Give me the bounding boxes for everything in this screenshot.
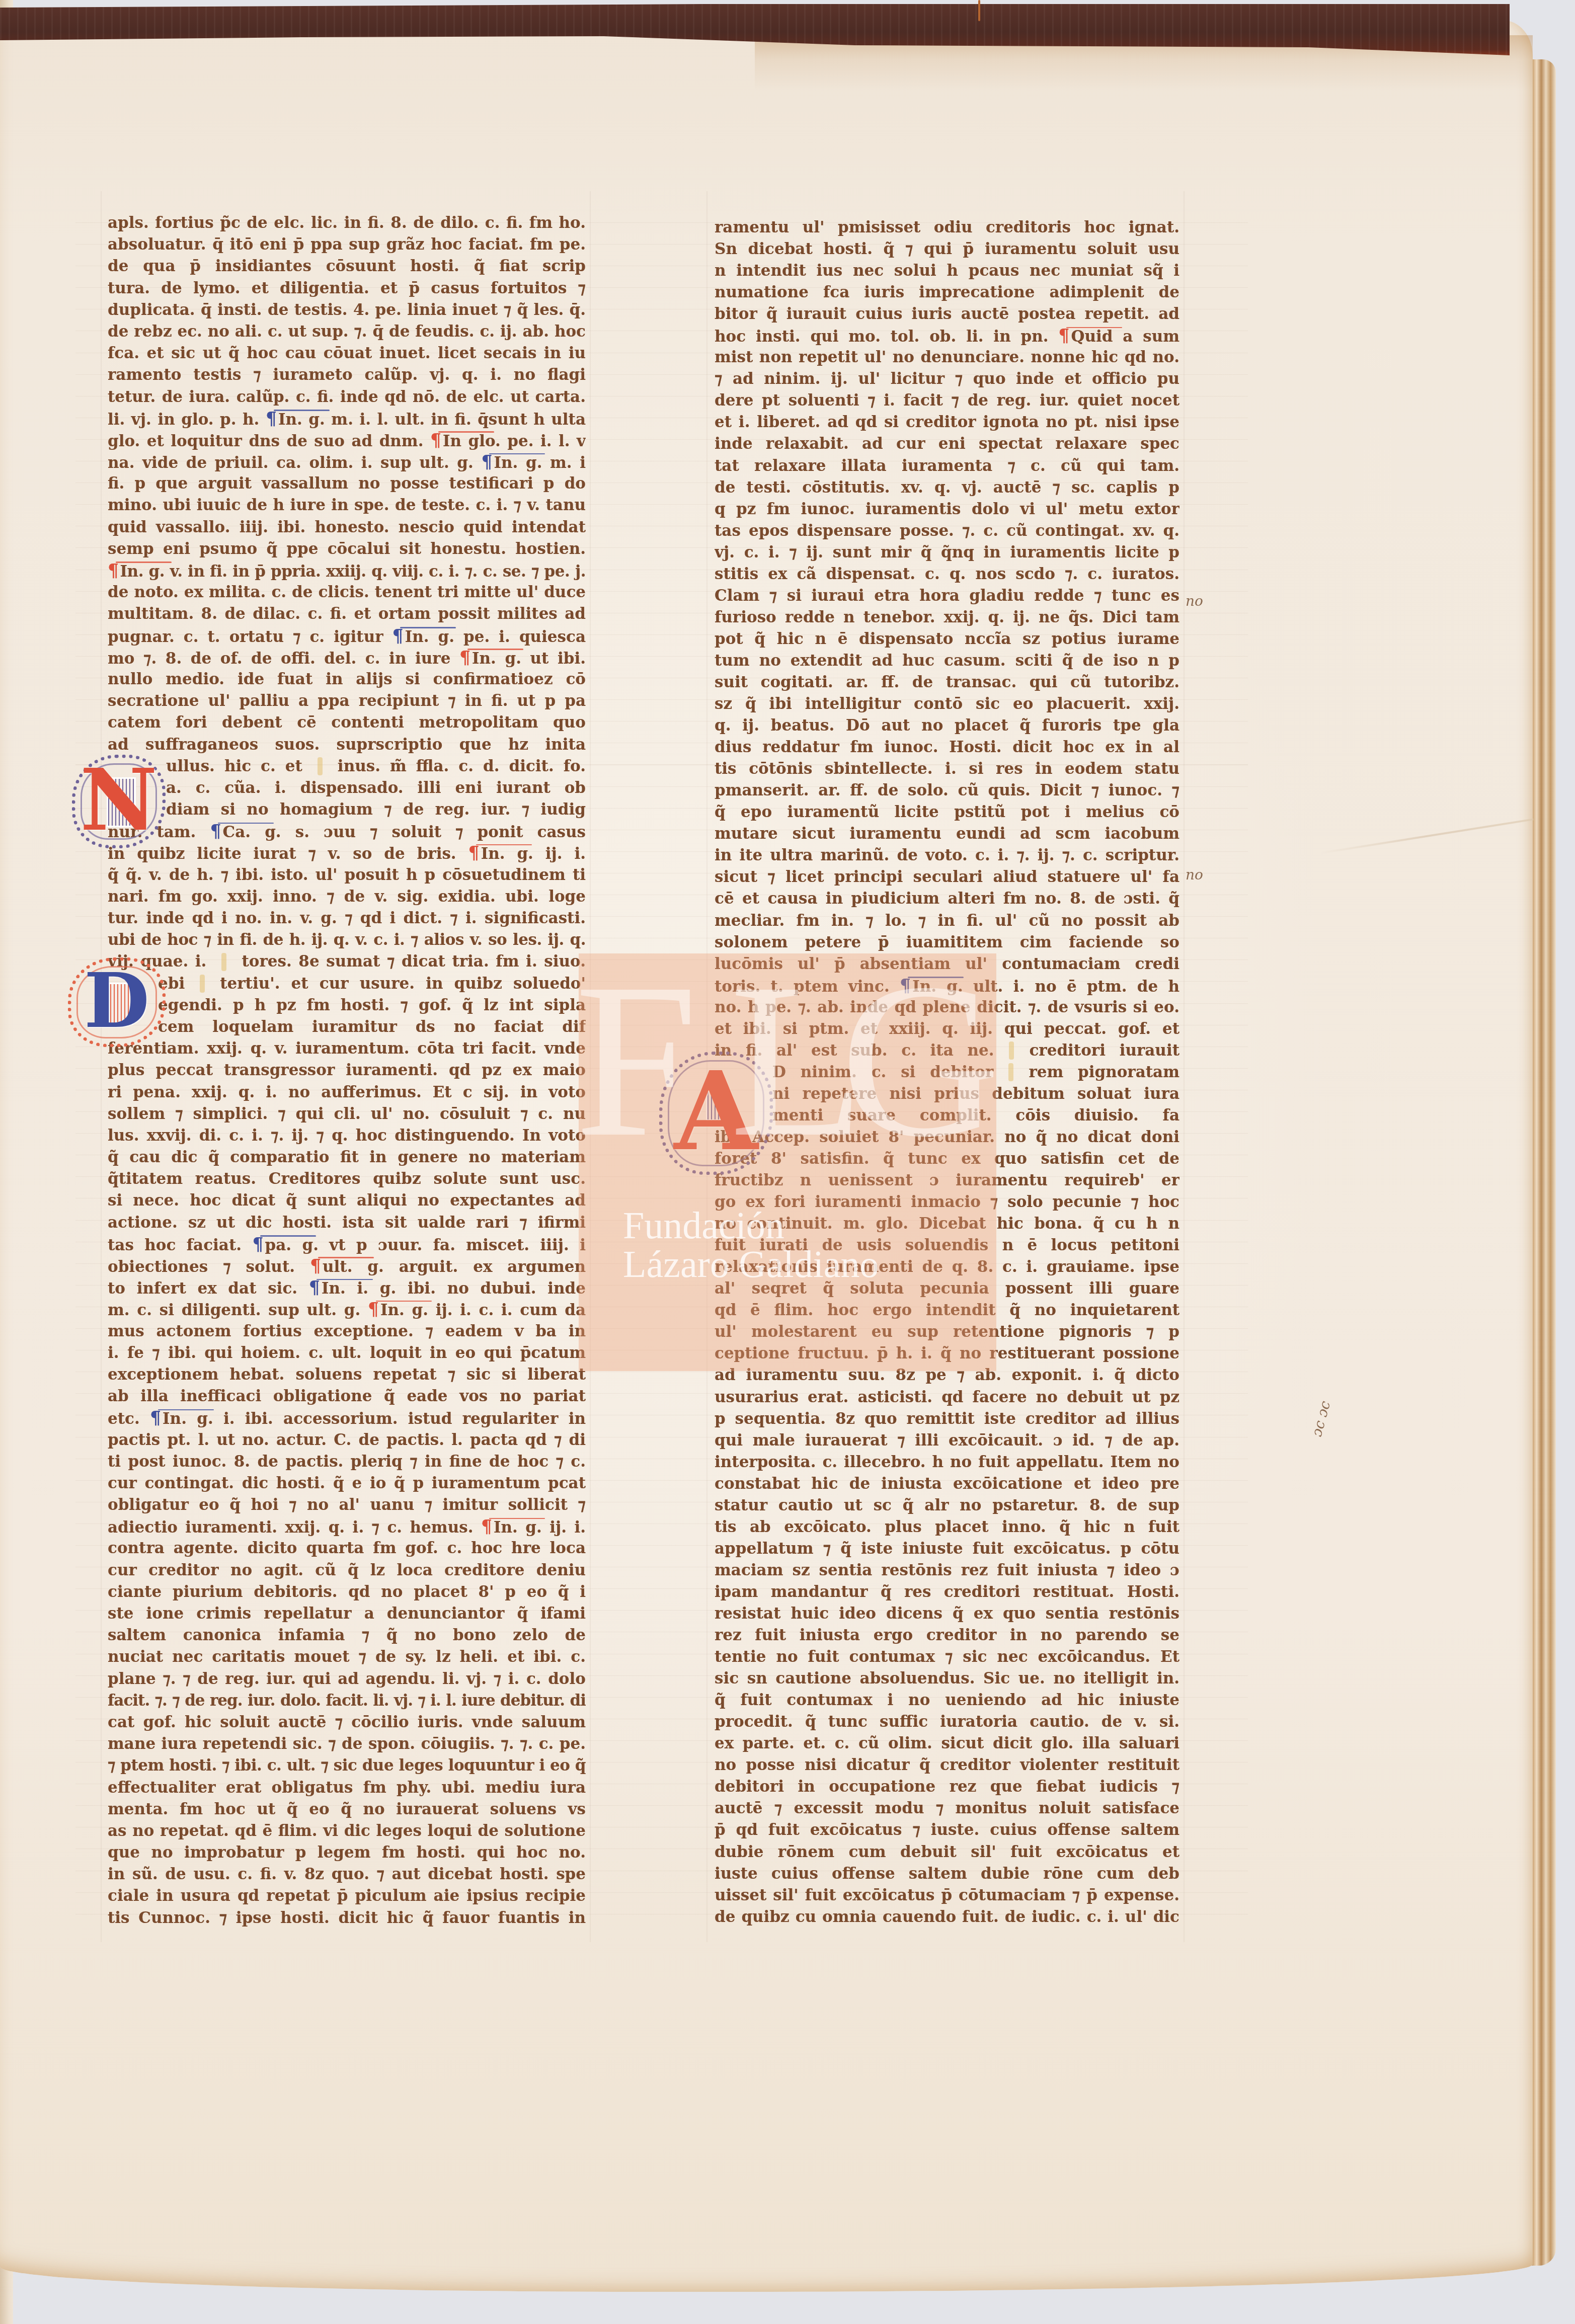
line-text: iuste cuius offense saltem dubie rōne cu… (715, 1865, 1179, 1883)
line-text: tis Cunnoc. ⁊ ipse hosti. dicit hic q̃ f… (108, 1909, 586, 1927)
text-line: plus peccat transgressor iuramenti. qd p… (108, 1060, 586, 1081)
text-line: de quibz cu omnia cauendo fuit. de iudic… (715, 1906, 1179, 1928)
text-line: pmanserit. ar. ff. de solo. cũ quis. Dic… (715, 780, 1179, 802)
column-rule (101, 191, 102, 1942)
line-gap (185, 977, 220, 992)
line-text: ad iuramentu suu. 8z pe ⁊ ab. exponit. i… (715, 1366, 1179, 1384)
text-line: Sn dicebat hosti. q̃ ⁊ qui p̄ iuramentu … (715, 238, 1179, 260)
text-line: auctē ⁊ excessit modu ⁊ monitus noluit s… (715, 1798, 1179, 1819)
line-text: resistat huic ideo dicens q̃ ex quo sent… (715, 1605, 1179, 1623)
text-line: usurarius erat. asticisti. qd facere no … (715, 1387, 1179, 1408)
paragraph-mark-blue: ¶ (150, 1407, 161, 1429)
line-text: appellatum ⁊ q̃ iste iniuste fuit excōic… (715, 1540, 1179, 1558)
text-line: q̃ q̃. v. de h. ⁊ ibi. isto. ul' posuit … (108, 864, 586, 886)
text-line: ul' molestarent eu sup retentione pignor… (715, 1321, 1179, 1343)
line-text: ramento testis ⁊ iurameto calũp. vj. q. … (108, 366, 586, 384)
line-text: auctē ⁊ excessit modu ⁊ monitus noluit s… (715, 1799, 1179, 1817)
text-line: ab illa inefficaci obligatione q̃ eade v… (108, 1386, 586, 1407)
line-text: nullo medio. ide fuat in alijs si confir… (108, 670, 586, 688)
line-text: as no repetat. qd ē flim. vi dic leges l… (108, 1822, 586, 1840)
line-text: duplicata. q̄ insti. de testis. 4. pe. l… (108, 301, 586, 319)
line-text: plane ⁊. ⁊ de reg. iur. qui ad agendu. l… (108, 1670, 586, 1688)
text-line: no posse nisi dicatur q̃ creditor violen… (715, 1754, 1179, 1776)
text-line: ri pena. xxij. q. i. no aufferimus. Et c… (108, 1082, 586, 1103)
text-line: apls. fortius p̃c de elc. lic. in fi. 8.… (108, 212, 586, 234)
text-line: glo. et loquitur dns de suo ad dnm. ¶In … (108, 430, 586, 451)
line-text: q̃ fuit contumax i no ueniendo ad hic in… (715, 1691, 1179, 1709)
text-line: nullo medio. ide fuat in alijs si confir… (108, 669, 586, 690)
line-text: bitor q̃ iurauit cuius iuris auctē poste… (715, 305, 1179, 323)
text-line: ramentu ul' pmisisset odiu creditoris ho… (715, 217, 1179, 238)
text-line: ceptione fructuu. p̄ h. i. q̃ no restitu… (715, 1343, 1179, 1365)
text-line: ferentiam. xxij. q. v. iuramentum. cōta … (108, 1038, 586, 1060)
text-line: catem fori debent cē contenti metropolit… (108, 712, 586, 734)
line-text: catem fori debent cē contenti metropolit… (108, 713, 586, 732)
text-line: maciam sz sentia restōnis rez fuit inius… (715, 1560, 1179, 1581)
text-line: saltem canonica infamia ⁊ q̃ no bono zel… (108, 1625, 586, 1646)
text-line: li. vj. in glo. p. h. ¶In. g. m. i. l. u… (108, 408, 586, 430)
line-text: ult. g. arguit. ex argumen (323, 1258, 586, 1276)
text-line: ullus. hic c. etinus. m̃ ffla. c. d. dic… (108, 756, 586, 777)
line-text: ti post iunoc. 8. de pactis. pleriq ⁊ in… (108, 1453, 586, 1471)
text-line: fuit iurati de usis soluendis n ē locus … (715, 1235, 1179, 1256)
paragraph-mark-blue: ¶ (252, 1234, 263, 1255)
line-text: furioso redde n tenebor. xxij. q. ij. ne… (715, 608, 1179, 626)
text-line: statur cautio ut sc q̃ alr no pstaretur.… (715, 1495, 1179, 1516)
text-line: de rebz ec. no ali. c. ut sup. ⁊. q̄ de … (108, 321, 586, 343)
text-line: sic sn cautione absoluendus. Sic ue. no … (715, 1668, 1179, 1690)
text-line: m. c. si diligenti. sup ult. g. ¶In. g. … (108, 1299, 586, 1320)
line-text: sicut ⁊ licet principi seculari aliud st… (715, 868, 1179, 886)
line-text: tura. de lymo. et diligentia. et p̄ casu… (108, 279, 586, 297)
text-line: iuste cuius offense saltem dubie rōne cu… (715, 1863, 1179, 1885)
initial-letter: N (72, 758, 166, 842)
line-text: constabat hic de iniusta excōicatione et… (715, 1475, 1179, 1493)
text-line: ⁊ ptem hosti. ⁊ ibi. c. ult. ⁊ sic due l… (108, 1755, 586, 1777)
line-text: inus. m̃ ffla. c. d. dicit. fo. (338, 757, 586, 775)
marginal-note: no (1186, 866, 1203, 883)
line-gap (993, 1065, 1029, 1080)
line-text: facit. ⁊. ⁊ de reg. iur. dolo. facit. li… (108, 1692, 586, 1710)
line-text: Ca. g. s. ɔuu ⁊ soluit ⁊ ponit casus (223, 823, 586, 841)
text-line: ad suffraganeos suos. suprscriptio que h… (108, 734, 586, 756)
text-line: dere pt soluenti ⁊ i. facit ⁊ de reg. iu… (715, 390, 1179, 412)
text-line: tis Cunnoc. ⁊ ipse hosti. dicit hic q̃ f… (108, 1907, 586, 1929)
text-line: in sũ. de usu. c. fi. v. 8z quo. ⁊ aut d… (108, 1864, 586, 1885)
line-text: pactis pt. l. ut no. actur. C. de pactis… (108, 1431, 586, 1449)
line-text: rez fuit iniusta ergo creditor in no par… (715, 1626, 1179, 1644)
line-text: si nece. hoc dicat q̃ sunt aliqui no exp… (108, 1191, 586, 1210)
line-text: In. g. pe. i. quiesca (405, 628, 586, 646)
line-text: no continuit. m. glo. Dicebat hic bona. … (715, 1215, 1179, 1233)
text-line: menti suare complit. cōis diuisio. fa (715, 1105, 1179, 1127)
text-line: furioso redde n tenebor. xxij. q. ij. ne… (715, 607, 1179, 628)
paragraph-mark-blue: ¶ (266, 408, 277, 430)
text-line: ubi de hoc ⁊ in fi. de h. ij. q. v. c. i… (108, 929, 586, 951)
line-text: dere pt soluenti ⁊ i. facit ⁊ de reg. iu… (715, 391, 1179, 410)
line-text: ⁊ ad ninim. ij. ul' licitur ⁊ quo inde e… (715, 370, 1179, 388)
text-line: relaxationis iuramenti de q. 8. c. i. gr… (715, 1256, 1179, 1278)
line-text: ceptione fructuu. p̄ h. i. q̃ no restitu… (715, 1344, 1179, 1363)
line-text: ex parte. et. c. cũ olim. sicut dicit gl… (715, 1734, 1179, 1752)
line-text: pmanserit. ar. ff. de solo. cũ quis. Dic… (715, 781, 1179, 799)
line-text: go ex fori iuramenti inmacio ⁊ solo pecu… (715, 1193, 1179, 1211)
line-text: procedit. q̃ tunc suffic iuratoria cauti… (715, 1713, 1179, 1731)
text-line: ¶In. g. v. in fi. in p̄ ppria. xxiij. q.… (108, 560, 586, 582)
initial-letter: A (659, 1057, 773, 1165)
line-text: In. g. ij. i. (494, 1518, 586, 1537)
text-line: mist non repetit ul' no denunciare. nonn… (715, 347, 1179, 368)
text-line: mus actonem fortius exceptione. ⁊ eadem … (108, 1321, 586, 1342)
line-text: statur cautio ut sc q̃ alr no pstaretur.… (715, 1496, 1179, 1514)
line-text: creditori iurauit (1029, 1041, 1179, 1060)
text-line: nur. tam. ¶Ca. g. s. ɔuu ⁊ soluit ⁊ poni… (108, 821, 586, 842)
line-text: maciam sz sentia restōnis rez fuit inius… (715, 1561, 1179, 1579)
line-text: usurarius erat. asticisti. qd facere no … (715, 1388, 1179, 1406)
line-text: mane iura repetendi sic. ⁊ de spon. cōiu… (108, 1735, 586, 1753)
text-line: debitori in occupatione rez que fiebat i… (715, 1776, 1179, 1798)
line-text: tis cōtōnis sbintellecte. i. si res in e… (715, 760, 1179, 778)
line-text: ipam mandantur q̃ res creditori restitua… (715, 1583, 1179, 1601)
text-line: q̃ epo iuramentũ licite pstitũ pot i mel… (715, 802, 1179, 823)
line-text: ni repetere nisi prius debitum soluat iu… (772, 1085, 1179, 1103)
text-line: ad iuramentu suu. 8z pe ⁊ ab. exponit. i… (715, 1365, 1179, 1386)
line-text: que no improbatur p legem fm hosti. qui … (108, 1844, 586, 1862)
text-line: plane ⁊. ⁊ de reg. iur. qui ad agendu. l… (108, 1668, 586, 1690)
line-text: D ninim. c. si debitor (772, 1063, 993, 1081)
line-text: cem loquelam iuramitur ds no faciat dif (158, 1018, 586, 1036)
text-line: vj. c. i. ⁊ ij. sunt mir q̃ q̃nq in iura… (715, 542, 1179, 564)
line-text: cat gof. hic soluit auctē ⁊ cōcilio iuri… (108, 1713, 586, 1731)
text-line: de qua p̄ insidiantes cōsuunt hosti. q̃ … (108, 256, 586, 277)
line-gap (206, 955, 242, 970)
line-text: de qua p̄ insidiantes cōsuunt hosti. q̃ … (108, 257, 586, 275)
line-text: ste ione crimis repellatur a denuncianto… (108, 1605, 586, 1623)
line-text: solonem petere p̄ iuamititem cim faciend… (715, 933, 1179, 951)
line-text: obligatur eo q̃ hoi ⁊ no al' uanu ⁊ imit… (108, 1496, 586, 1514)
line-text: lus. xxvij. di. c. i. ⁊. ij. ⁊ q. hoc di… (108, 1127, 586, 1145)
line-text: fi. p que arguit vassallum no posse test… (108, 474, 586, 493)
line-text: q̃ cau dic q̃ comparatio fit in genere n… (108, 1148, 586, 1166)
line-text: m. c. si diligenti. sup ult. g. (108, 1301, 368, 1319)
line-text: In. g. m. i (494, 454, 586, 472)
line-text: In. g. ut ibi. (472, 650, 586, 668)
text-line: foret 8' satisfin. q̃ tunc ex quo satisf… (715, 1148, 1179, 1170)
text-line: effectualiter erat obligatus fm phy. ubi… (108, 1777, 586, 1799)
line-text: na. vide de priuil. ca. olim. i. sup ult… (108, 454, 481, 472)
marginal-note: no (1186, 593, 1203, 609)
line-text: tum no extendit ad huc casum. sciti q̃ d… (715, 652, 1179, 670)
line-text: In. g. i. ibi. accessorium. istud regula… (163, 1410, 586, 1428)
text-line: bitor q̃ iurauit cuius iuris auctē poste… (715, 303, 1179, 325)
text-line: cat gof. hic soluit auctē ⁊ cōcilio iuri… (108, 1712, 586, 1733)
line-text: rem pignoratam (1029, 1063, 1179, 1081)
text-line: q̃ cau dic q̃ comparatio fit in genere n… (108, 1147, 586, 1168)
line-text: multitam. 8. de dilac. c. fi. et ortam p… (108, 605, 586, 623)
line-text: ramentu ul' pmisisset odiu creditoris ho… (715, 218, 1179, 236)
text-line: tur. inde qd i no. in. v. g. ⁊ qd i dict… (108, 908, 586, 929)
line-text: tertiu'. et cur usure. in quibz soluedo' (220, 975, 586, 993)
line-text: q̃ epo iuramentũ licite pstitũ pot i mel… (715, 803, 1179, 821)
text-line: toris. t. ptem vinc. ¶In. g. ult. i. no … (715, 975, 1179, 997)
line-text: no posse nisi dicatur q̃ creditor violen… (715, 1756, 1179, 1774)
text-line: fca. et sic ut q̃ hoc cau cōuat inuet. l… (108, 343, 586, 364)
text-line: ex parte. et. c. cũ olim. sicut dicit gl… (715, 1733, 1179, 1754)
line-text: relaxationis iuramenti de q. 8. c. i. gr… (715, 1258, 1179, 1276)
column-rule (590, 191, 591, 1942)
line-text: foret 8' satisfin. q̃ tunc ex quo satisf… (715, 1150, 1179, 1168)
line-text: tetur. de iura. calũp. c. fi. inde qd nō… (108, 388, 586, 406)
illuminated-initial-d: D (68, 957, 166, 1047)
text-line: ⁊ ad ninim. ij. ul' licitur ⁊ quo inde e… (715, 368, 1179, 390)
text-line: cem loquelam iuramitur ds no faciat dif (108, 1016, 586, 1038)
text-line: no. h pe. ⁊. ab. inde qd plene dicit. ⁊.… (715, 997, 1179, 1018)
line-text: al' seqret q̃ soluta pecunia possent ill… (715, 1279, 1179, 1298)
line-text: tores. 8e sumat ⁊ dicat tria. fm i. siuo… (242, 952, 586, 971)
text-line: sz q̃ ibi intelligitur contō sic eo plac… (715, 693, 1179, 715)
line-text: numatione fca iuris imprecatione adimple… (715, 283, 1179, 301)
text-line: diam si no homagium ⁊ de reg. iur. ⁊ iud… (108, 799, 586, 821)
line-text: diam si no homagium ⁊ de reg. iur. ⁊ iud… (166, 800, 586, 819)
text-line: facit. ⁊. ⁊ de reg. iur. dolo. facit. li… (108, 1690, 586, 1712)
text-line: dubie rōnem cum debuit sil' fuit excōica… (715, 1841, 1179, 1863)
text-line: appellatum ⁊ q̃ iste iniuste fuit excōic… (715, 1538, 1179, 1560)
line-text: secratione ul' palliu a ppa recipiunt ⁊ … (108, 692, 586, 710)
line-text: ullus. hic c. et (166, 757, 302, 775)
paragraph-mark-red: ¶ (108, 560, 119, 582)
line-text: mus actonem fortius exceptione. ⁊ eadem … (108, 1322, 586, 1340)
line-text: apls. fortius p̃c de elc. lic. in fi. 8.… (108, 214, 586, 232)
text-line: menta. fm hoc ut q̃ eo q̃ no iurauerat s… (108, 1799, 586, 1820)
line-text: In. g. ult. i. no ē ptm. de h (912, 978, 1179, 996)
text-line: tentie no fuit contumax ⁊ sic nec excōic… (715, 1646, 1179, 1668)
text-line: al' seqret q̃ soluta pecunia possent ill… (715, 1278, 1179, 1300)
paragraph-mark-red: ¶ (310, 1255, 321, 1277)
line-text: obiectiones ⁊ solut. (108, 1258, 310, 1276)
line-text: mo ⁊. 8. de of. de offi. del. c. in iure (108, 650, 459, 668)
text-line: que no improbatur p legem fm hosti. qui … (108, 1842, 586, 1864)
line-text: fuit iurati de usis soluendis n ē locus … (715, 1236, 1179, 1254)
text-line: nari. fm go. xxij. inno. ⁊ de v. sig. ex… (108, 886, 586, 908)
line-text: ciante piurium debitoris. qd no placet 8… (108, 1583, 586, 1601)
text-line: rez fuit iniusta ergo creditor in no par… (715, 1625, 1179, 1646)
text-line: qui male iurauerat ⁊ illi excōicauit. ɔ … (715, 1430, 1179, 1452)
text-line: sollem ⁊ simplici. ⁊ qui cli. ul' no. cō… (108, 1103, 586, 1125)
text-line: tis ab excōicato. plus placet inno. q̃ h… (715, 1516, 1179, 1538)
line-text: suit cogitati. ar. ff. de transac. qui c… (715, 673, 1179, 691)
text-line: et ibi. si ptm. et xxiij. q. iij. qui pe… (715, 1018, 1179, 1040)
text-line: mecliar. fm in. ⁊ lo. ⁊ in fi. ul' cũ no… (715, 910, 1179, 932)
line-text: In glo. pe. i. l. v (443, 432, 586, 450)
text-line: obiectiones ⁊ solut. ¶ult. g. arguit. ex… (108, 1255, 586, 1277)
text-line: to infert ex dat sic. ¶In. i. g. ibi. no… (108, 1277, 586, 1299)
line-text: cur contingat. dic hosti. q̃ e io q̃ p i… (108, 1474, 586, 1492)
line-text: to infert ex dat sic. (108, 1279, 309, 1298)
line-text: de rebz ec. no ali. c. ut sup. ⁊. q̄ de … (108, 323, 586, 341)
text-line: lucōmis ul' p̄ absentiam ul' contumaciam… (715, 953, 1179, 975)
column-rule (1184, 191, 1185, 1942)
text-line: q. ij. beatus. Dō aut no placet q̃ furor… (715, 715, 1179, 737)
text-line: etc. ¶In. g. i. ibi. accessorium. istud … (108, 1407, 586, 1429)
paragraph-mark-red: ¶ (368, 1299, 379, 1320)
text-line: tum no extendit ad huc casum. sciti q̃ d… (715, 650, 1179, 672)
text-line: tas hoc faciat. ¶pa. g. vt p ɔuur. fa. m… (108, 1234, 586, 1255)
text-line: si nece. hoc dicat q̃ sunt aliqui no exp… (108, 1190, 586, 1212)
text-line: i. fe ⁊ ibi. qui hoiem. c. ult. loquit i… (108, 1342, 586, 1364)
line-text: sollem ⁊ simplici. ⁊ qui cli. ul' no. cō… (108, 1105, 586, 1123)
text-line: de testi. cōstitutis. xv. q. vj. auctē ⁊… (715, 477, 1179, 499)
text-line: nuciat nec caritatis mouet ⁊ de sy. lz h… (108, 1646, 586, 1668)
line-text: ad suffraganeos suos. suprscriptio que h… (108, 736, 586, 754)
line-text: p sequentia. 8z quo remittit iste credit… (715, 1410, 1179, 1428)
line-text: hoc insti. qui mo. tol. ob. li. in pn. (715, 328, 1058, 346)
text-column-left: apls. fortius p̃c de elc. lic. in fi. 8.… (108, 212, 586, 1929)
line-text: qd ē flim. hoc ergo intendit q̃ no inqui… (715, 1301, 1179, 1319)
line-text: quid vassallo. iiij. ibi. honesto. nesci… (108, 518, 586, 536)
line-text: menta. fm hoc ut q̃ eo q̃ no iurauerat s… (108, 1800, 586, 1818)
text-line: p sequentia. 8z quo remittit iste credit… (715, 1408, 1179, 1430)
text-line: ibi. Accep. soluiet 8' pecuniar. no q̃ n… (715, 1127, 1179, 1148)
line-text: Clam ⁊ si iuraui etra hora gladiu redde … (715, 587, 1179, 605)
line-text: in ite ultra marinũ. de voto. c. i. ⁊. i… (715, 846, 1179, 864)
line-text: In. g. m. i. l. ult. in fi. q̄sunt h ult… (278, 411, 586, 429)
text-line: vij. quae. i.tores. 8e sumat ⁊ dicat tri… (108, 951, 586, 973)
paragraph-mark-red: ¶ (468, 842, 480, 864)
line-text: nari. fm go. xxij. inno. ⁊ de v. sig. ex… (108, 888, 586, 906)
text-line: q̃ fuit contumax i no ueniendo ad hic in… (715, 1690, 1179, 1711)
line-text: fca. et sic ut q̃ hoc cau cōuat inuet. l… (108, 344, 586, 362)
line-text: et i. liberet. ad qd si creditor ignota … (715, 413, 1179, 431)
line-text: glo. et loquitur dns de suo ad dnm. (108, 432, 430, 450)
line-text: debitori in occupatione rez que fiebat i… (715, 1778, 1179, 1796)
line-text: fructibz n uenissent ɔ iuramentu require… (715, 1171, 1179, 1189)
text-line: tat relaxare illata iuramenta ⁊ c. cũ qu… (715, 455, 1179, 477)
line-text: saltem canonica infamia ⁊ q̃ no bono zel… (108, 1626, 586, 1644)
line-text: p̄ qd fuit excōicatus ⁊ iuste. cuius off… (715, 1821, 1179, 1839)
text-line: uisset sil' fuit excōicatus p̄ cōtumacia… (715, 1885, 1179, 1906)
text-line: hoc insti. qui mo. tol. ob. li. in pn. ¶… (715, 325, 1179, 347)
line-text: plus peccat transgressor iuramenti. qd p… (108, 1061, 586, 1079)
line-text: pa. g. vt p ɔuur. fa. miscet. iiij. i (265, 1236, 586, 1254)
text-line: q̃titatem reatus. Creditores quibz solut… (108, 1168, 586, 1190)
paragraph-mark-red: ¶ (481, 1516, 492, 1538)
line-text: pugnar. c. t. ortatu ⁊ c. igitur (108, 628, 392, 646)
text-line: egendi. p h pz fm hosti. ⁊ gof. q̃ lz in… (108, 995, 586, 1016)
line-text: in sũ. de usu. c. fi. v. 8z quo. ⁊ aut d… (108, 1865, 586, 1883)
text-line: in fi. al' est sub. c. ita ne.creditori … (715, 1040, 1179, 1062)
line-text: nuciat nec caritatis mouet ⁊ de sy. lz h… (108, 1648, 586, 1666)
text-line: secratione ul' palliu a ppa recipiunt ⁊ … (108, 690, 586, 712)
line-text: tis ab excōicato. plus placet inno. q̃ h… (715, 1518, 1179, 1536)
line-text: tentie no fuit contumax ⁊ sic nec excōic… (715, 1648, 1179, 1666)
line-text: mist non repetit ul' no denunciare. nonn… (715, 348, 1179, 366)
line-text: stitis ex cã dispensat. c. q. nos scdo ⁊… (715, 565, 1179, 583)
line-text: lucōmis ul' p̄ absentiam ul' contumaciam… (715, 955, 1179, 973)
illuminated-initial-a: A (659, 1052, 773, 1175)
text-line: tura. de lymo. et diligentia. et p̄ casu… (108, 278, 586, 299)
text-column-right: ramentu ul' pmisisset odiu creditoris ho… (715, 217, 1179, 1928)
paragraph-mark-blue: ¶ (900, 975, 911, 997)
text-line: stitis ex cã dispensat. c. q. nos scdo ⁊… (715, 564, 1179, 585)
line-text: ubi de hoc ⁊ in fi. de h. ij. q. v. c. i… (108, 931, 586, 949)
text-line: ramento testis ⁊ iurameto calũp. vj. q. … (108, 364, 586, 386)
line-text: et ibi. si ptm. et xxiij. q. iij. qui pe… (715, 1020, 1179, 1038)
line-text: inde relaxabit. ad cur eni spectat relax… (715, 435, 1179, 453)
line-text: de noto. ex milita. c. de clicis. tenent… (108, 583, 586, 601)
paragraph-mark-red: ¶ (459, 647, 470, 669)
text-line: ebitertiu'. et cur usure. in quibz solue… (108, 973, 586, 995)
line-text: cur creditor no agit. cũ q̃ lz loca cred… (108, 1561, 586, 1579)
text-line: qd ē flim. hoc ergo intendit q̃ no inqui… (715, 1300, 1179, 1321)
text-line: pot q̃ hic n ē dispensato nccĩa sz potiu… (715, 628, 1179, 650)
line-text: tat relaxare illata iuramenta ⁊ c. cũ qu… (715, 457, 1179, 475)
line-text: exceptionem hebat. soluens repetat ⁊ sic… (108, 1366, 586, 1384)
text-line: mane iura repetendi sic. ⁊ de spon. cōiu… (108, 1733, 586, 1755)
text-line: no continuit. m. glo. Dicebat hic bona. … (715, 1213, 1179, 1235)
bookmark-thread (978, 0, 980, 21)
text-line: pactis pt. l. ut no. actur. C. de pactis… (108, 1429, 586, 1451)
line-text: ab illa inefficaci obligatione q̃ eade v… (108, 1387, 586, 1405)
paragraph-mark-red: ¶ (430, 430, 441, 451)
line-gap (994, 1044, 1029, 1059)
text-line: tetur. de iura. calũp. c. fi. inde qd nō… (108, 386, 586, 408)
text-line: lus. xxvij. di. c. i. ⁊. ij. ⁊ q. hoc di… (108, 1125, 586, 1147)
line-text: dubie rōnem cum debuit sil' fuit excōica… (715, 1843, 1179, 1861)
line-gap (302, 759, 338, 774)
line-text: interposita. c. illecebro. h no fuit app… (715, 1453, 1179, 1471)
text-line: tas epos dispensare posse. ⁊. c. cũ cont… (715, 520, 1179, 542)
text-line: quid vassallo. iiij. ibi. honesto. nesci… (108, 517, 586, 538)
line-text: tas hoc faciat. (108, 1236, 252, 1254)
line-text: In. g. v. in fi. in p̄ ppria. xxiij. q. … (120, 563, 586, 581)
text-line: suit cogitati. ar. ff. de transac. qui c… (715, 672, 1179, 693)
line-text: tas epos dispensare posse. ⁊. c. cũ cont… (715, 522, 1179, 540)
text-line: duplicata. q̄ insti. de testis. 4. pe. l… (108, 299, 586, 321)
text-line: fructibz n uenissent ɔ iuramentu require… (715, 1170, 1179, 1191)
text-line: pugnar. c. t. ortatu ⁊ c. igitur ¶In. g.… (108, 625, 586, 647)
line-text: no. h pe. ⁊. ab. inde qd plene dicit. ⁊.… (715, 998, 1179, 1016)
text-line: numatione fca iuris imprecatione adimple… (715, 282, 1179, 303)
text-line: fi. p que arguit vassallum no posse test… (108, 473, 586, 495)
line-text: dius reddatur fm iunoc. Hosti. dicit hoc… (715, 738, 1179, 756)
text-line: de noto. ex milita. c. de clicis. tenent… (108, 582, 586, 603)
line-text: q̃ q̃. v. de h. ⁊ ibi. isto. ul' posuit … (108, 866, 586, 884)
line-text: qui male iurauerat ⁊ illi excōicauit. ɔ … (715, 1431, 1179, 1450)
text-line: ciale in usura qd repetat p̄ piculum aie… (108, 1885, 586, 1907)
line-text: ibi. Accep. soluiet 8' pecuniar. no q̃ n… (715, 1128, 1179, 1146)
text-line: inde relaxabit. ad cur eni spectat relax… (715, 433, 1179, 455)
text-line: et i. liberet. ad qd si creditor ignota … (715, 412, 1179, 433)
line-text: mecliar. fm in. ⁊ lo. ⁊ in fi. ul' cũ no… (715, 912, 1179, 930)
text-line: in ite ultra marinũ. de voto. c. i. ⁊. i… (715, 845, 1179, 866)
line-text: semp eni psumo q̃ ppe cōcalui sit honest… (108, 540, 586, 558)
line-text: q̃titatem reatus. Creditores quibz solut… (108, 1170, 586, 1188)
initial-letter: D (68, 963, 166, 1038)
text-line: multitam. 8. de dilac. c. fi. et ortam p… (108, 603, 586, 625)
line-text: etc. (108, 1410, 150, 1428)
line-text: i. fe ⁊ ibi. qui hoiem. c. ult. loquit i… (108, 1344, 586, 1362)
text-line: tis cōtōnis sbintellecte. i. si res in e… (715, 758, 1179, 780)
line-text: q. ij. beatus. Dō aut no placet q̃ furor… (715, 716, 1179, 735)
paragraph-mark-red: ¶ (1058, 325, 1069, 347)
text-line: procedit. q̃ tunc suffic iuratoria cauti… (715, 1711, 1179, 1733)
line-text: sic sn cautione absoluendus. Sic ue. no … (715, 1669, 1179, 1688)
line-text: pot q̃ hic n ē dispensato nccĩa sz potiu… (715, 630, 1179, 648)
line-text: ri pena. xxij. q. i. no aufferimus. Et c… (108, 1083, 586, 1101)
line-text: de testi. cōstitutis. xv. q. vj. auctē ⁊… (715, 478, 1179, 497)
line-text: In. i. g. ibi. no dubui. inde (322, 1279, 586, 1298)
text-line: sicut ⁊ licet principi seculari aliud st… (715, 866, 1179, 888)
